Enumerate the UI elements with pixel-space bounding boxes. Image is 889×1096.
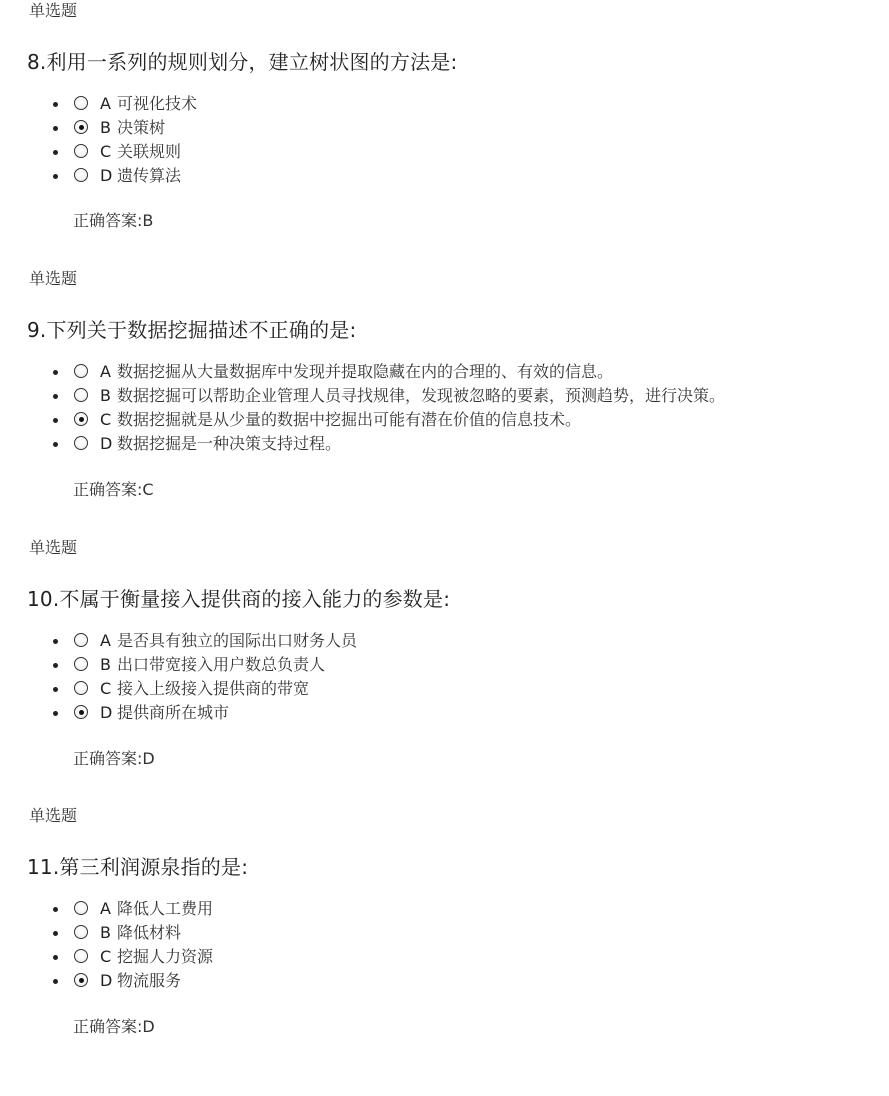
question-type-label: 单选题 [29, 538, 77, 558]
bullet-icon [53, 639, 58, 644]
correct-answer: 正确答案:D [73, 1017, 155, 1037]
option-text: 物流服务 [117, 969, 181, 993]
bullet-icon [53, 711, 58, 716]
option-letter: C [100, 408, 111, 432]
radio-unchecked-icon[interactable] [74, 681, 88, 695]
option-letter: D [100, 432, 112, 456]
correct-answer: 正确答案:B [73, 211, 153, 231]
radio-checked-icon[interactable] [74, 412, 88, 426]
bullet-icon [53, 174, 58, 179]
question-type-label: 单选题 [29, 806, 77, 826]
question-title: 10.不属于衡量接入提供商的接入能力的参数是: [27, 586, 450, 612]
option-text: 降低人工费用 [117, 897, 213, 921]
option-letter: D [100, 969, 112, 993]
question-type-label: 单选题 [29, 269, 77, 289]
option-text: 数据挖掘可以帮助企业管理人员寻找规律，发现被忽略的要素，预测趋势，进行决策。 [117, 384, 725, 408]
option-letter: A [100, 897, 111, 921]
bullet-icon [53, 394, 58, 399]
option-letter: B [100, 116, 111, 140]
option-text: 是否具有独立的国际出口财务人员 [117, 629, 357, 653]
option-letter: C [100, 140, 111, 164]
option-text: 数据挖掘就是从少量的数据中挖掘出可能有潜在价值的信息技术。 [117, 408, 581, 432]
question-type-label: 单选题 [29, 1, 77, 21]
radio-checked-icon[interactable] [74, 705, 88, 719]
radio-unchecked-icon[interactable] [74, 949, 88, 963]
radio-unchecked-icon[interactable] [74, 925, 88, 939]
radio-checked-icon[interactable] [74, 120, 88, 134]
option-text: 可视化技术 [117, 92, 197, 116]
radio-unchecked-icon[interactable] [74, 364, 88, 378]
option-letter: B [100, 384, 111, 408]
radio-unchecked-icon[interactable] [74, 144, 88, 158]
radio-unchecked-icon[interactable] [74, 96, 88, 110]
option-letter: D [100, 701, 112, 725]
question-title: 9.下列关于数据挖掘描述不正确的是: [27, 317, 356, 343]
option-letter: C [100, 677, 111, 701]
option-text: 接入上级接入提供商的带宽 [117, 677, 309, 701]
radio-unchecked-icon[interactable] [74, 657, 88, 671]
option-letter: B [100, 921, 111, 945]
option-text: 遗传算法 [117, 164, 181, 188]
question-title: 11.第三利润源泉指的是: [27, 854, 248, 880]
option-text: 关联规则 [117, 140, 181, 164]
option-text: 数据挖掘是一种决策支持过程。 [117, 432, 341, 456]
bullet-icon [53, 442, 58, 447]
option-text: 决策树 [117, 116, 165, 140]
bullet-icon [53, 370, 58, 375]
radio-unchecked-icon[interactable] [74, 388, 88, 402]
bullet-icon [53, 102, 58, 107]
option-letter: D [100, 164, 112, 188]
option-text: 挖掘人力资源 [117, 945, 213, 969]
bullet-icon [53, 418, 58, 423]
option-text: 降低材料 [117, 921, 181, 945]
radio-checked-icon[interactable] [74, 973, 88, 987]
bullet-icon [53, 663, 58, 668]
option-text: 数据挖掘从大量数据库中发现并提取隐藏在内的合理的、有效的信息。 [117, 360, 613, 384]
option-letter: C [100, 945, 111, 969]
bullet-icon [53, 126, 58, 131]
bullet-icon [53, 955, 58, 960]
radio-unchecked-icon[interactable] [74, 168, 88, 182]
correct-answer: 正确答案:C [73, 480, 154, 500]
radio-unchecked-icon[interactable] [74, 436, 88, 450]
option-text: 出口带宽接入用户数总负责人 [117, 653, 325, 677]
radio-unchecked-icon[interactable] [74, 901, 88, 915]
bullet-icon [53, 907, 58, 912]
option-letter: B [100, 653, 111, 677]
bullet-icon [53, 979, 58, 984]
option-letter: A [100, 360, 111, 384]
bullet-icon [53, 931, 58, 936]
correct-answer: 正确答案:D [73, 749, 155, 769]
radio-unchecked-icon[interactable] [74, 633, 88, 647]
option-letter: A [100, 92, 111, 116]
option-letter: A [100, 629, 111, 653]
bullet-icon [53, 150, 58, 155]
bullet-icon [53, 687, 58, 692]
option-text: 提供商所在城市 [117, 701, 229, 725]
question-title: 8.利用一系列的规则划分，建立树状图的方法是: [27, 49, 457, 75]
